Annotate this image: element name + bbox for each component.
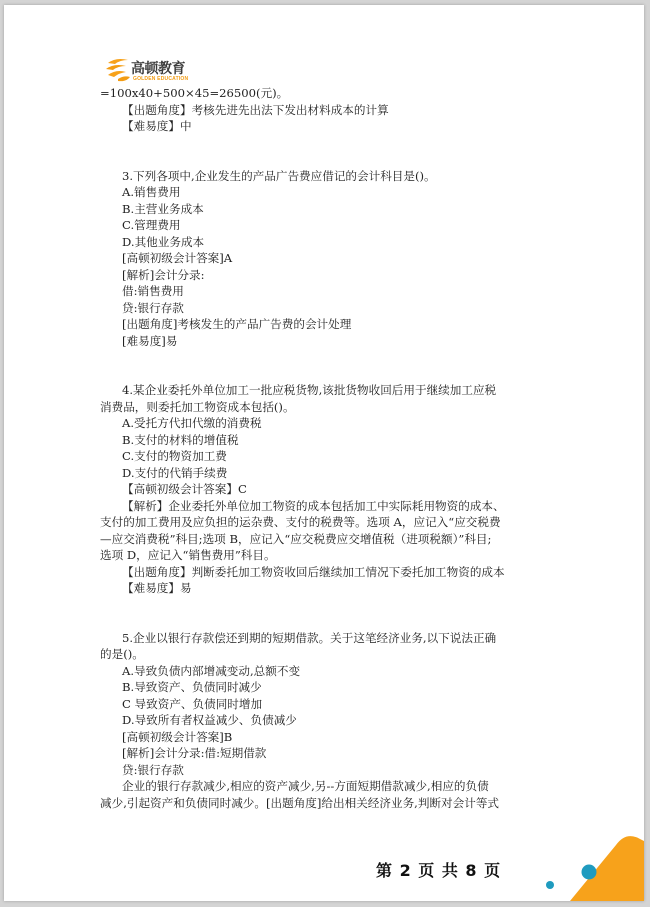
q4-option-a: A.受托方代扣代缴的消费税 — [100, 415, 550, 432]
q5-question-line1: 5.企业以银行存款偿还到期的短期借款。关于这笔经济业务,以下说法正确 — [100, 630, 550, 647]
q4-question-line1: 4.某企业委托外单位加工一批应税货物,该批货物收回后用于继续加工应税 — [100, 382, 550, 399]
q5-answer: [高顿初级会计答案]B — [100, 729, 550, 746]
q4-answer: 【高顿初级会计答案】C — [100, 481, 550, 498]
q5-explain-line2: 减少,引起资产和负债同时减少。[出题角度]给出相关经济业务,判断对会计等式 — [100, 795, 550, 812]
q3-option-b: B.主营业务成本 — [100, 201, 550, 218]
q4-option-d: D.支付的代销手续费 — [100, 465, 550, 482]
logo-name-cn: 高顿教育 — [131, 58, 185, 78]
q4-analysis-line4: 选项 D，应记入“销售费用”科目。 — [100, 547, 550, 564]
q4-option-b: B.支付的材料的增值税 — [100, 432, 550, 449]
q3-angle: [出题角度]考核发生的产品广告费的会计处理 — [100, 316, 550, 333]
q3-analysis: [解析]会计分录: — [100, 267, 550, 284]
q3-credit: 贷:银行存款 — [100, 300, 550, 317]
q4-analysis-line2: 支付的加工费用及应负担的运杂费、支付的税费等。选项 A，应记入“应交税费 — [100, 514, 550, 531]
q3-difficulty: [难易度]易 — [100, 333, 550, 350]
q4-analysis-line3: —应交消费税”科目;选项 B，应记入“应交税费应交增值税（进项税额）”科目; — [100, 531, 550, 548]
q4-difficulty: 【难易度】易 — [100, 580, 550, 597]
q5-option-c: C 导致资产、负债同时增加 — [100, 696, 550, 713]
q3-debit: 借:销售费用 — [100, 283, 550, 300]
document-page: 高顿教育 GOLDEN EDUCATION =100x40+500×45=265… — [4, 5, 644, 901]
q2-angle: 【出题角度】考核先进先出法下发出材料成本的计算 — [100, 102, 550, 119]
logo-swirl-icon — [104, 57, 132, 83]
q3-question: 3.下列各项中,企业发生的产品广告费应借记的会计科目是()。 — [100, 168, 550, 185]
golden-education-logo: 高顿教育 GOLDEN EDUCATION — [104, 55, 200, 87]
q5-option-a: A.导致负债内部增减变动,总额不变 — [100, 663, 550, 680]
q4-analysis-line1: 【解析】企业委托外单位加工物资的成本包括加工中实际耗用物资的成本、 — [100, 498, 550, 515]
q2-difficulty: 【难易度】中 — [100, 118, 550, 135]
q5-explain-line1: 企业的银行存款减少,相应的资产减少,另--方面短期借款减少,相应的负债 — [100, 778, 550, 795]
q3-option-d: D.其他业务成本 — [100, 234, 550, 251]
q3-answer: [高顿初级会计答案]A — [100, 250, 550, 267]
document-body: =100x40+500×45=26500(元)。 【出题角度】考核先进先出法下发… — [100, 85, 550, 811]
page-number: 第 2 页 共 8 页 — [376, 858, 501, 881]
q4-angle: 【出题角度】判断委托加工物资收回后继续加工情况下委托加工物资的成本 — [100, 564, 550, 581]
q4-question-line2: 消费品，则委托加工物资成本包括()。 — [100, 399, 550, 416]
q3-option-a: A.销售费用 — [100, 184, 550, 201]
q4-option-c: C.支付的物资加工费 — [100, 448, 550, 465]
logo-name-en: GOLDEN EDUCATION — [133, 76, 188, 82]
q5-question-line2: 的是()。 — [100, 646, 550, 663]
q2-formula: =100x40+500×45=26500(元)。 — [100, 85, 550, 102]
q3-option-c: C.管理费用 — [100, 217, 550, 234]
q5-analysis: [解析]会计分录:借:短期借款 — [100, 745, 550, 762]
q5-option-d: D.导致所有者权益减少、负债减少 — [100, 712, 550, 729]
q5-option-b: B.导致资产、负债同时减少 — [100, 679, 550, 696]
q5-credit: 贷:银行存款 — [100, 762, 550, 779]
